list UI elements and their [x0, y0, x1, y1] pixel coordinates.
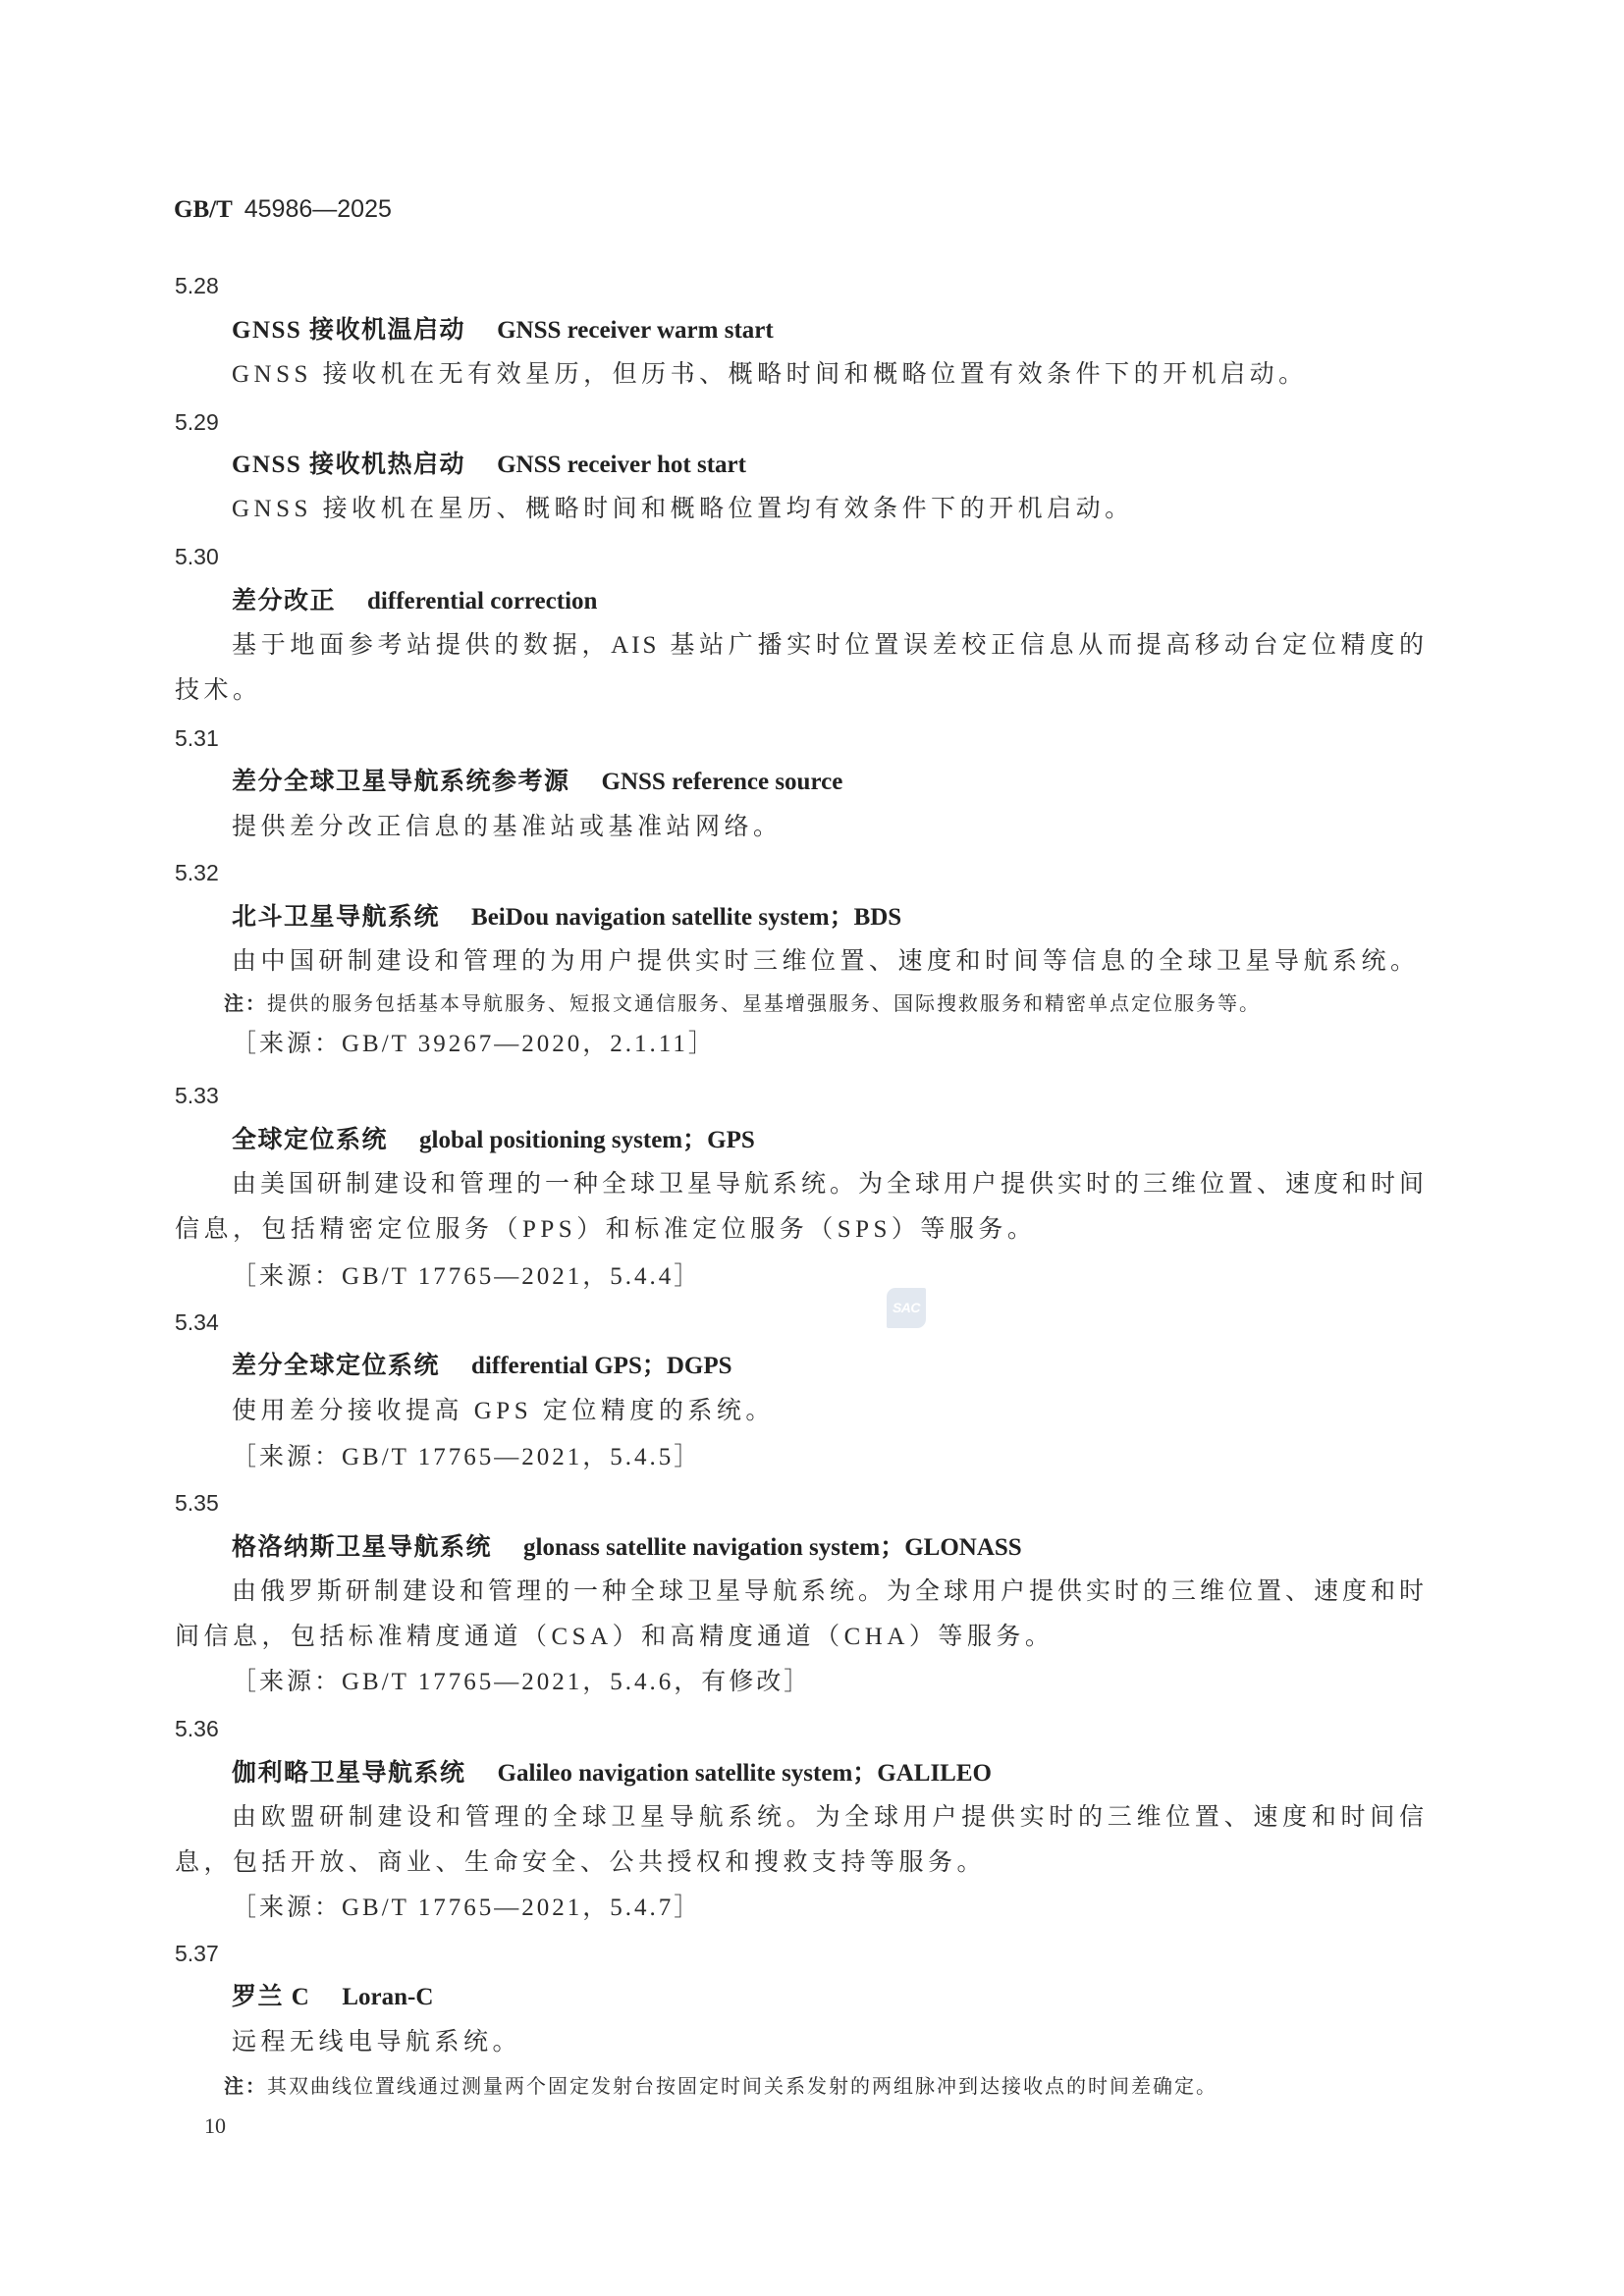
term-zh: 伽利略卫星导航系统 — [232, 1760, 466, 1787]
term-line: 全球定位系统global positioning system；GPS — [232, 1126, 755, 1155]
term-zh: 罗兰 C — [232, 1984, 310, 2010]
definition-line: 由美国研制建设和管理的一种全球卫星导航系统。为全球用户提供实时的三维位置、速度和… — [232, 1170, 1427, 1200]
source-reference: ［来源：GB/T 17765—2021，5.4.4］ — [232, 1262, 701, 1292]
standard-number: 45986—2025 — [244, 195, 392, 223]
term-line: 罗兰 CLoran-C — [232, 1983, 433, 2012]
term-zh: 全球定位系统 — [232, 1127, 388, 1153]
clause-number: 5.35 — [175, 1488, 219, 1518]
definition-line-continued: 信息，包括精密定位服务（PPS）和标准定位服务（SPS）等服务。 — [175, 1215, 1036, 1245]
term-line: 差分全球定位系统differential GPS；DGPS — [232, 1352, 732, 1381]
term-zh: 差分改正 — [232, 588, 336, 614]
standard-prefix: GB/T — [174, 196, 233, 223]
clause-number: 5.32 — [175, 858, 219, 887]
definition-line: 由俄罗斯研制建设和管理的一种全球卫星导航系统。为全球用户提供实时的三维位置、速度… — [232, 1577, 1427, 1607]
running-header: GB/T45986—2025 — [174, 194, 392, 224]
term-line: 伽利略卫星导航系统Galileo navigation satellite sy… — [232, 1759, 992, 1789]
term-line: GNSS 接收机温启动GNSS receiver warm start — [232, 316, 774, 346]
clause-number: 5.33 — [175, 1081, 219, 1110]
clause-number: 5.37 — [175, 1939, 219, 1968]
term-line: GNSS 接收机热启动GNSS receiver hot start — [232, 451, 746, 480]
definition-line: 远程无线电导航系统。 — [232, 2028, 521, 2057]
definition-line: 由欧盟研制建设和管理的全球卫星导航系统。为全球用户提供实时的三维位置、速度和时间… — [232, 1803, 1427, 1833]
definition-line: 提供差分改正信息的基准站或基准站网络。 — [232, 813, 783, 842]
term-en: global positioning system；GPS — [419, 1127, 755, 1153]
note-label: 注： — [224, 2076, 267, 2098]
clause-number: 5.30 — [175, 542, 219, 571]
term-en: GNSS receiver hot start — [497, 452, 746, 478]
term-en: Loran-C — [342, 1984, 433, 2010]
source-reference: ［来源：GB/T 39267—2020，2.1.11］ — [232, 1030, 716, 1059]
term-line: 北斗卫星导航系统BeiDou navigation satellite syst… — [232, 903, 901, 933]
note-text: 提供的服务包括基本导航服务、短报文通信服务、星基增强服务、国际搜救服务和精密单点… — [267, 993, 1261, 1015]
term-zh: GNSS 接收机温启动 — [232, 317, 465, 344]
note: 注：其双曲线位置线通过测量两个固定发射台按固定时间关系发射的两组脉冲到达接收点的… — [224, 2072, 1218, 2102]
definition-line: 由中国研制建设和管理的为用户提供实时三维位置、速度和时间等信息的全球卫星导航系统… — [232, 947, 1420, 977]
definition-line: 基于地面参考站提供的数据，AIS 基站广播实时位置误差校正信息从而提高移动台定位… — [232, 631, 1427, 661]
term-en: GNSS reference source — [602, 769, 843, 795]
term-en: glonass satellite navigation system；GLON… — [523, 1534, 1022, 1561]
term-line: 差分全球卫星导航系统参考源GNSS reference source — [232, 768, 842, 797]
page-number: 10 — [204, 2111, 226, 2141]
term-zh: 差分全球定位系统 — [232, 1353, 440, 1379]
term-zh: GNSS 接收机热启动 — [232, 452, 465, 478]
definition-line-continued: 间信息，包括标准精度通道（CSA）和高精度通道（CHA）等服务。 — [175, 1623, 1054, 1652]
source-reference: ［来源：GB/T 17765—2021，5.4.6，有修改］ — [232, 1668, 811, 1697]
clause-number: 5.36 — [175, 1714, 219, 1743]
term-en: differential correction — [367, 588, 597, 614]
clause-number: 5.34 — [175, 1308, 219, 1337]
term-en: BeiDou navigation satellite system；BDS — [471, 904, 901, 931]
definition-line: GNSS 接收机在无有效星历，但历书、概略时间和概略位置有效条件下的开机启动。 — [232, 360, 1308, 390]
term-line: 差分改正differential correction — [232, 587, 597, 616]
clause-number: 5.29 — [175, 407, 219, 437]
clause-number: 5.31 — [175, 723, 219, 753]
note-label: 注： — [224, 993, 267, 1015]
term-line: 格洛纳斯卫星导航系统glonass satellite navigation s… — [232, 1533, 1022, 1563]
source-reference: ［来源：GB/T 17765—2021，5.4.7］ — [232, 1894, 701, 1923]
sac-watermark-logo: SAC — [887, 1288, 926, 1328]
definition-line: GNSS 接收机在星历、概略时间和概略位置均有效条件下的开机启动。 — [232, 495, 1134, 524]
term-en: differential GPS；DGPS — [471, 1353, 732, 1379]
term-zh: 格洛纳斯卫星导航系统 — [232, 1534, 492, 1561]
document-page: GB/T45986—2025 5.28 GNSS 接收机温启动GNSS rece… — [0, 0, 1624, 2296]
note: 注：提供的服务包括基本导航服务、短报文通信服务、星基增强服务、国际搜救服务和精密… — [224, 989, 1261, 1019]
term-zh: 北斗卫星导航系统 — [232, 904, 440, 931]
definition-line-continued: 息，包括开放、商业、生命安全、公共授权和搜救支持等服务。 — [175, 1848, 986, 1878]
definition-line: 使用差分接收提高 GPS 定位精度的系统。 — [232, 1397, 775, 1426]
clause-number: 5.28 — [175, 271, 219, 300]
term-zh: 差分全球卫星导航系统参考源 — [232, 769, 570, 795]
term-en: GNSS receiver warm start — [497, 317, 774, 344]
note-text: 其双曲线位置线通过测量两个固定发射台按固定时间关系发射的两组脉冲到达接收点的时间… — [267, 2076, 1218, 2098]
definition-line-continued: 技术。 — [175, 676, 262, 706]
term-en: Galileo navigation satellite system；GALI… — [498, 1760, 992, 1787]
source-reference: ［来源：GB/T 17765—2021，5.4.5］ — [232, 1443, 701, 1472]
